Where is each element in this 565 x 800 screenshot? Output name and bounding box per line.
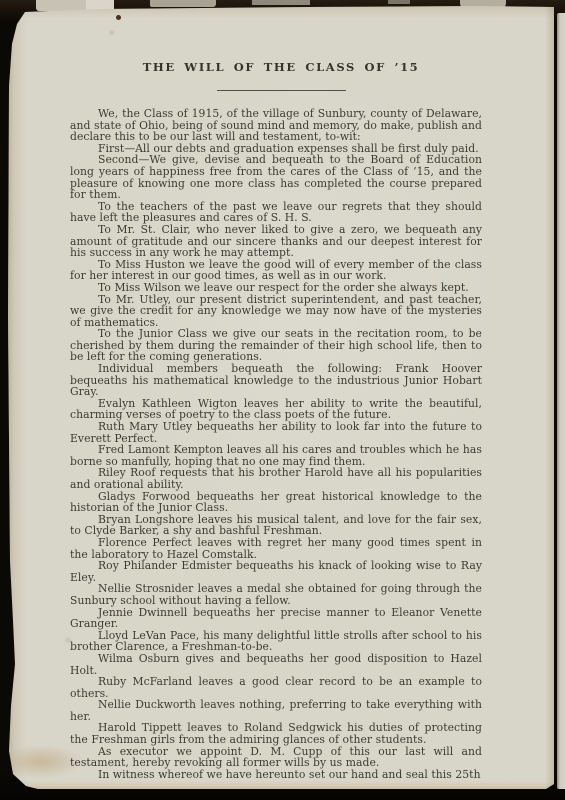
will-paragraph: To Miss Huston we leave the good will of… xyxy=(70,259,482,282)
will-paragraph: We, the Class of 1915, of the village of… xyxy=(70,108,482,143)
will-paragraph: To the Junior Class we give our seats in… xyxy=(70,328,482,363)
will-paragraph: Nellie Duckworth leaves nothing, preferr… xyxy=(70,699,482,722)
will-paragraph: As executor we appoint D. M. Cupp of thi… xyxy=(70,746,482,769)
will-paragraph: Riley Roof requests that his brother Har… xyxy=(70,467,482,490)
page-edge-fragment xyxy=(388,0,410,4)
ink-speck xyxy=(116,15,121,20)
will-paragraph: Ruby McFarland leaves a good clear recor… xyxy=(70,676,482,699)
will-paragraph: Florence Perfect leaves with regret her … xyxy=(70,537,482,560)
will-paragraph: Bryan Longshore leaves his musical talen… xyxy=(70,514,482,537)
yearbook-page: THE WILL OF THE CLASS OF ’15 We, the Cla… xyxy=(8,6,554,789)
will-paragraph: Roy Philander Edmister bequeaths his kna… xyxy=(70,560,482,583)
will-paragraph: In witness whereof we have hereunto set … xyxy=(70,769,482,781)
will-paragraph: Gladys Forwood bequeaths her great histo… xyxy=(70,491,482,514)
will-paragraph: Lloyd LeVan Pace, his many delightful li… xyxy=(70,630,482,653)
will-paragraph: To Miss Wilson we leave our respect for … xyxy=(70,282,482,294)
will-paragraph: Harold Tippett leaves to Roland Sedgwick… xyxy=(70,722,482,745)
page-edge-fragment xyxy=(252,0,310,5)
will-paragraph: To Mr. Utley, our present district super… xyxy=(70,294,482,329)
will-paragraph: To Mr. St. Clair, who never liked to giv… xyxy=(70,224,482,259)
title-divider-rule xyxy=(217,90,346,91)
will-paragraph: To the teachers of the past we leave our… xyxy=(70,201,482,224)
will-paragraph: Wilma Osburn gives and bequeaths her goo… xyxy=(70,653,482,676)
will-paragraph: Ruth Mary Utley bequeaths her ability to… xyxy=(70,421,482,444)
will-paragraph: Nellie Strosnider leaves a medal she obt… xyxy=(70,583,482,606)
adjacent-page-edge xyxy=(557,13,565,789)
will-paragraph: Individual members bequeath the followin… xyxy=(70,363,482,398)
scanner-background: THE WILL OF THE CLASS OF ’15 We, the Cla… xyxy=(0,0,565,800)
will-text-body: We, the Class of 1915, of the village of… xyxy=(70,108,482,780)
will-paragraph: Fred Lamont Kempton leaves all his cares… xyxy=(70,444,482,467)
will-paragraph: Evalyn Kathleen Wigton leaves her abilit… xyxy=(70,398,482,421)
will-paragraph: Second—We give, devise and bequeath to t… xyxy=(70,154,482,200)
will-paragraph: Jennie Dwinnell bequeaths her precise ma… xyxy=(70,607,482,630)
page-title: THE WILL OF THE CLASS OF ’15 xyxy=(8,6,554,74)
page-edge-fragment xyxy=(150,0,216,7)
